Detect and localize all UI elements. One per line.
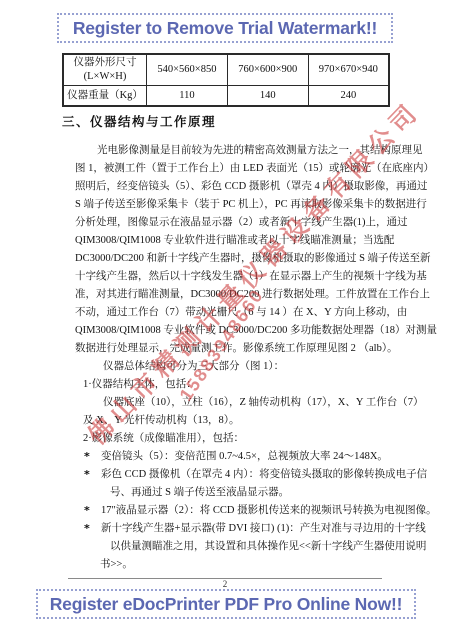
text-line: QIM3008/QIM1008 专业软件或 DC3000/DC200 多功能数据… (75, 322, 397, 340)
bullet-line: *彩色 CCD 摄像机（在罩壳 4 内）：将变倍镜头摄取的影像转换成电子信 (75, 466, 397, 484)
section-heading: 三、仪器结构与工作原理 (62, 112, 216, 130)
asterisk-bullet-icon: * (84, 466, 101, 484)
asterisk-bullet-icon: * (84, 502, 101, 520)
bullet-line: *变倍镜头（5）：变倍范围 0.7~4.5×，总视频放大率 24～148X。 (75, 448, 397, 466)
trial-watermark-top-text: Register to Remove Trial Watermark!! (73, 18, 377, 38)
text-line: 及 X、Y 光杆传动机构（13，8）。 (75, 412, 397, 430)
page-number: 2 (0, 579, 450, 589)
table-row: 仪器外形尺寸 (L×W×H)540×560×850760×600×900970×… (63, 54, 389, 86)
trial-watermark-top-banner[interactable]: Register to Remove Trial Watermark!! (57, 13, 393, 43)
text-line: 2·影像系统（成像瞄准用），包括： (75, 430, 397, 448)
text-line: 数据进行处理显示，完成量测工作。影像系统工作原理见图 2 （alb）。 (75, 340, 397, 358)
text-line: 分析处理，图像显示在液晶显示器（2）或者新十字线产生器(1)上，通过 (75, 214, 397, 232)
text-line: 仪器底座（10），立柱（16），Z 轴传动机构（17），X、Y 工作台（7） (75, 394, 397, 412)
value-cell: 240 (308, 86, 389, 107)
bullet-text: 变倍镜头（5）：变倍范围 0.7~4.5×，总视频放大率 24～148X。 (101, 448, 388, 466)
text-line: 以供量测瞄准之用，其设置和具体操作见<<新十字线产生器使用说明 (75, 538, 397, 556)
value-cell: 540×560×850 (147, 54, 228, 86)
text-line: S 端子传送至影像采集卡（装于 PC 机上），PC 再读取影像采集卡的数据进行 (75, 196, 397, 214)
text-line: 书>>。 (75, 556, 397, 574)
specs-table: 仪器外形尺寸 (L×W×H)540×560×850760×600×900970×… (62, 53, 390, 107)
text-line: 光电影像测量是目前较为先进的精密高效测量方法之一，其结构原理见 (75, 142, 397, 160)
text-line: 1·仪器结构主体，包括： (75, 376, 397, 394)
value-cell: 110 (147, 86, 228, 107)
bullet-text: 新十字线产生器+显示器(带 DVI 接口) (1)：产生对准与寻边用的十字线 (101, 520, 426, 538)
row-label-cell: 仪器重量（Kg） (63, 86, 147, 107)
text-line: 图 1，被测工件（置于工作台上）由 LED 表面光（15）或轮廓光（在底座内） (75, 160, 397, 178)
trial-watermark-bottom-text: Register eDocPrinter PDF Pro Online Now!… (50, 594, 403, 614)
text-line: 准，对其进行瞄准测量，DC3000/DC200 进行数据处理。工件放置在工作台上 (75, 286, 397, 304)
text-line: 不动，通过工作台（7）带动光栅尺（6 与 14 ）在 X、Y 方向上移动，由 (75, 304, 397, 322)
bullet-line: *新十字线产生器+显示器(带 DVI 接口) (1)：产生对准与寻边用的十字线 (75, 520, 397, 538)
specs-table-body: 仪器外形尺寸 (L×W×H)540×560×850760×600×900970×… (63, 54, 389, 106)
asterisk-bullet-icon: * (84, 448, 101, 466)
text-line: 仪器总体结构可分为三大部分（图 1）： (75, 358, 397, 376)
text-line: 号、再通过 S 端子传送至液晶显示器。 (75, 484, 397, 502)
table-row: 仪器重量（Kg）110140240 (63, 86, 389, 107)
trial-watermark-bottom-banner[interactable]: Register eDocPrinter PDF Pro Online Now!… (36, 589, 416, 619)
value-cell: 140 (227, 86, 308, 107)
bullet-text: 17"液晶显示器（2）：将 CCD 摄影机传送来的视频讯号转换为电视图像。 (101, 502, 437, 520)
text-line: QIM3008/QIM1008 专业软件进行瞄准或者以十字线瞄准测量；当选配 (75, 232, 397, 250)
asterisk-bullet-icon: * (84, 520, 101, 538)
body-text: 光电影像测量是目前较为先进的精密高效测量方法之一，其结构原理见图 1，被测工件（… (75, 142, 397, 574)
document-page: Register to Remove Trial Watermark!! 仪器外… (0, 0, 450, 636)
bullet-line: *17"液晶显示器（2）：将 CCD 摄影机传送来的视频讯号转换为电视图像。 (75, 502, 397, 520)
value-cell: 760×600×900 (227, 54, 308, 86)
text-line: 照明后，经变倍镜头（5）、彩色 CCD 摄影机（罩壳 4 内）摄取影像，再通过 (75, 178, 397, 196)
bullet-text: 彩色 CCD 摄像机（在罩壳 4 内）：将变倍镜头摄取的影像转换成电子信 (101, 466, 427, 484)
row-label-cell: 仪器外形尺寸 (L×W×H) (63, 54, 147, 86)
value-cell: 970×670×940 (308, 54, 389, 86)
text-line: 十字线产生器，然后以十字线发生器（1）在显示器上产生的视频十字线为基 (75, 268, 397, 286)
text-line: DC3000/DC200 和新十字线产生器时，摄像机摄取的影像通过 S 端子传送… (75, 250, 397, 268)
